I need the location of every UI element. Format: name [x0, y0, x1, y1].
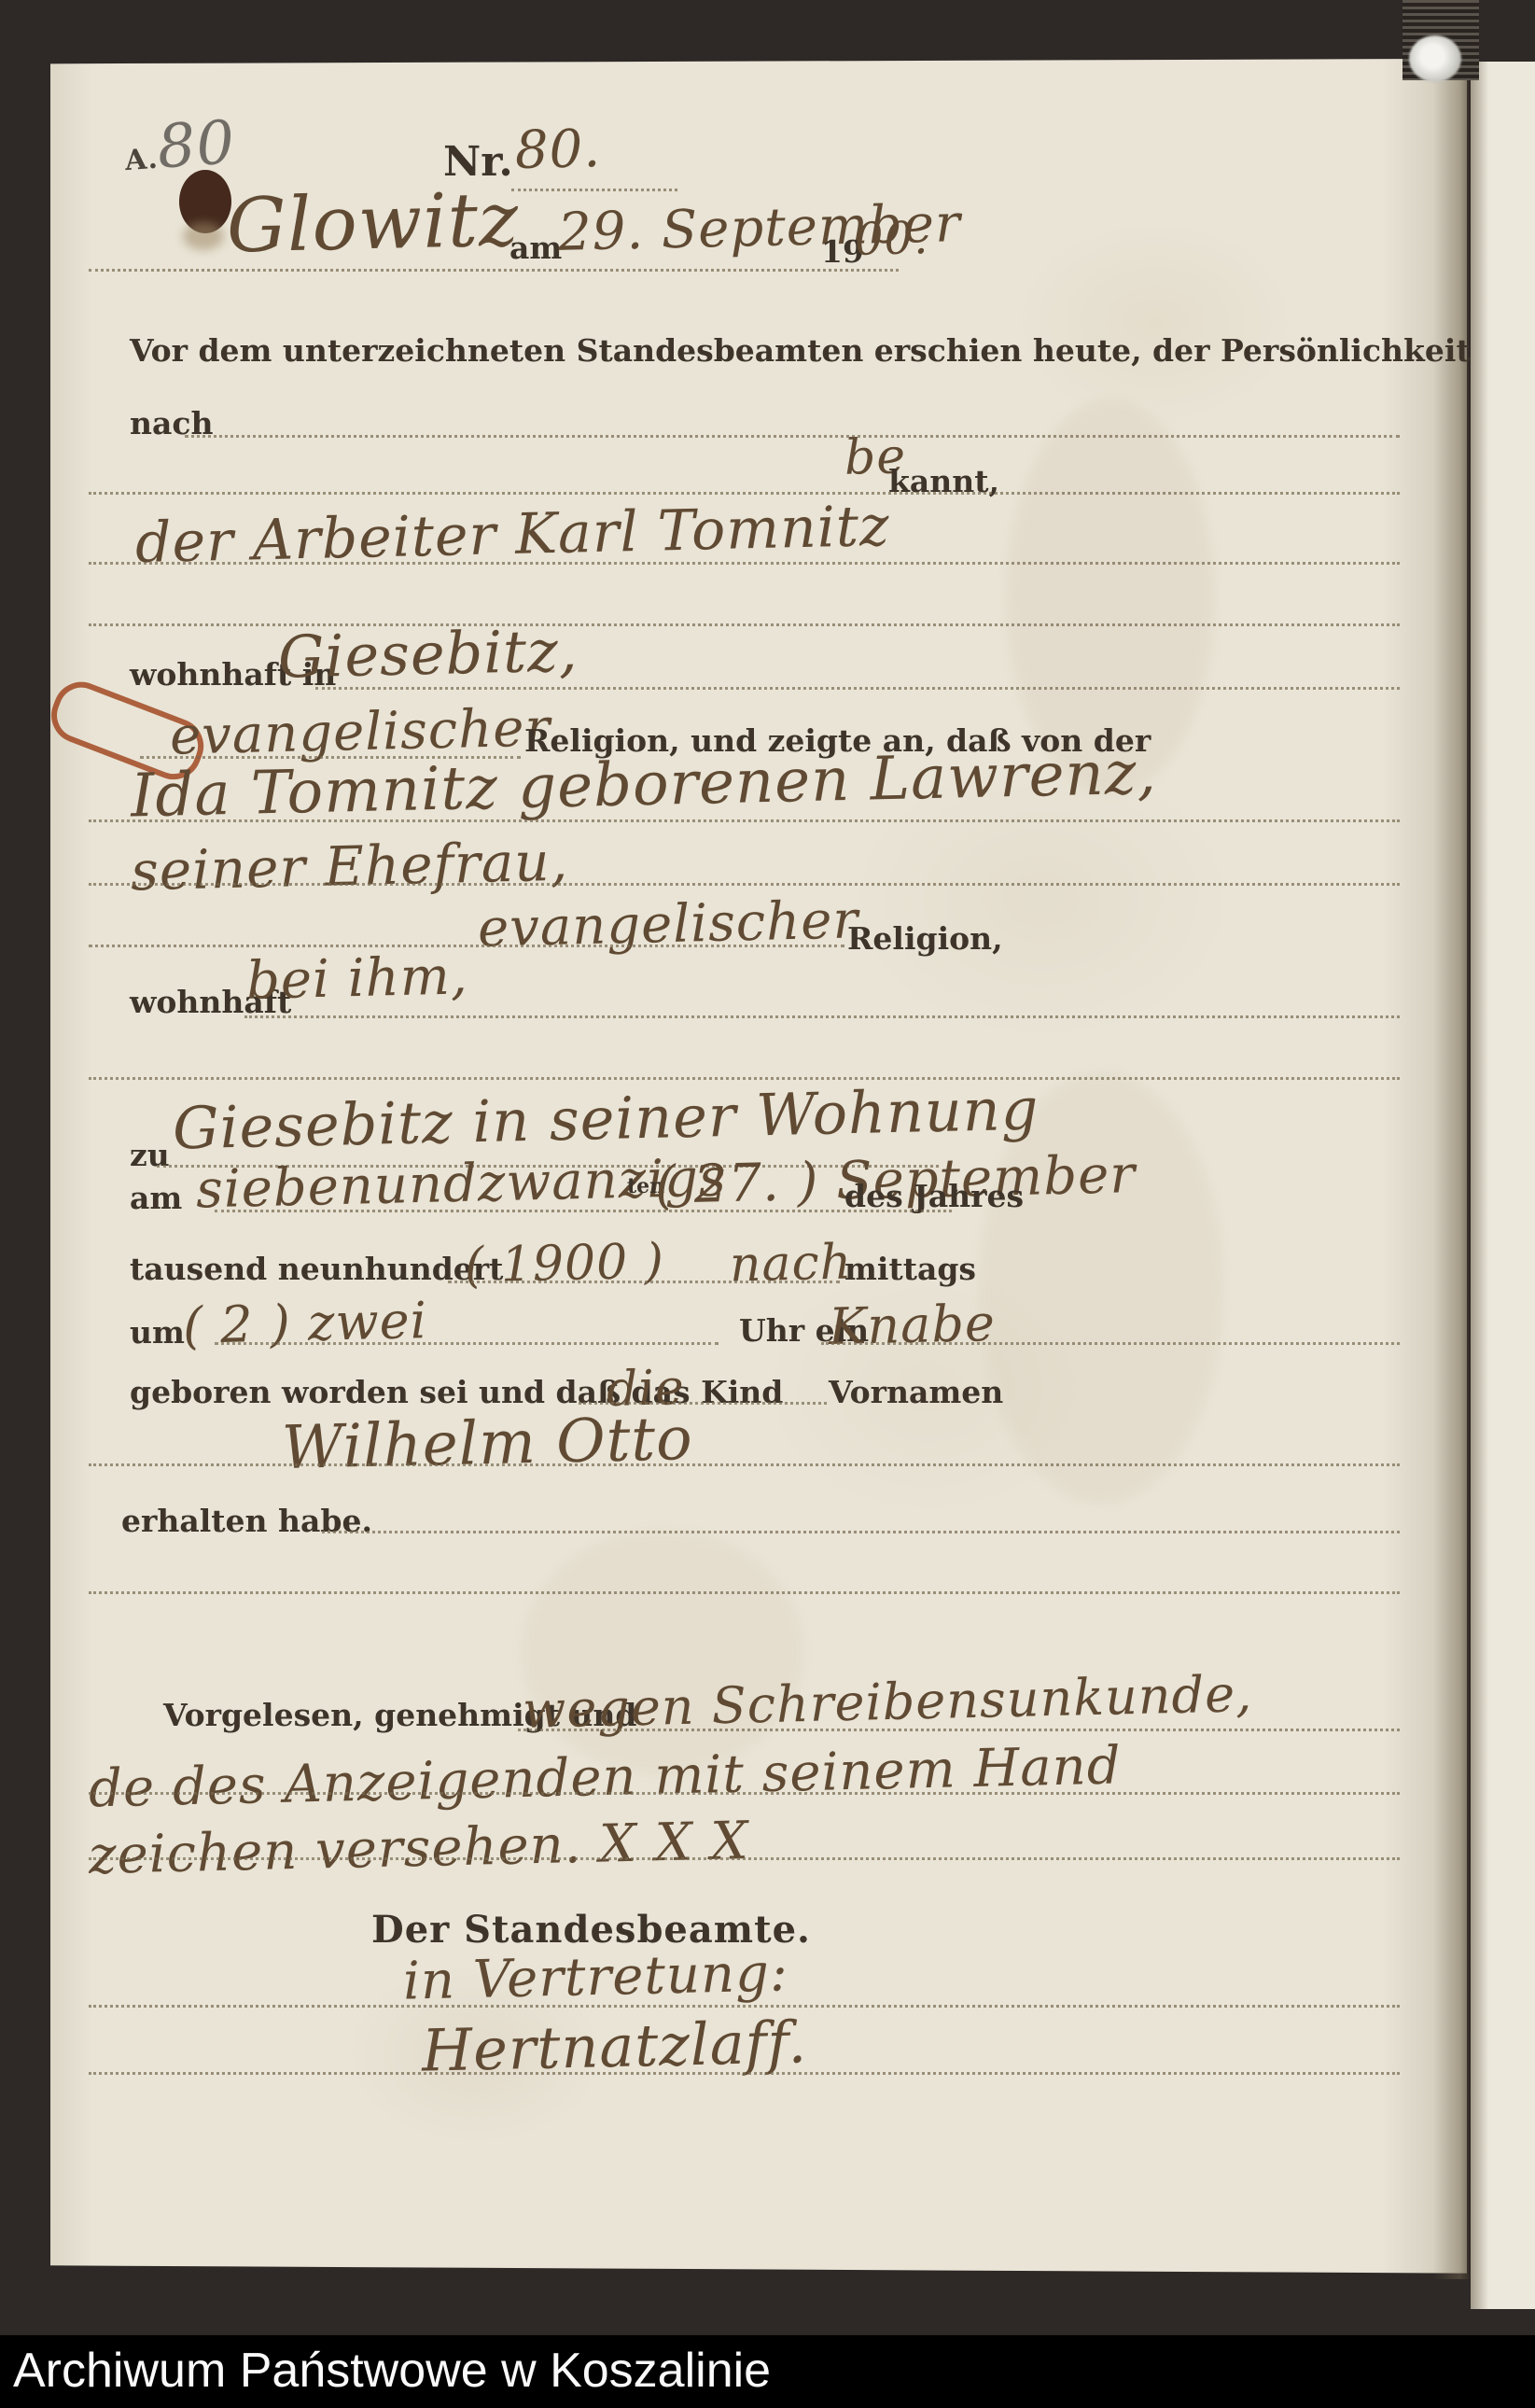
archive-name: Archiwum Państwowe w Koszalinie	[13, 2343, 771, 2399]
ink-smudge	[183, 222, 224, 250]
dotted-line	[185, 435, 1400, 438]
archive-scan: A.80 Nr. 80. Glowitz am 29. September 19…	[0, 0, 1535, 2408]
dotted-line	[89, 1077, 1400, 1080]
relation-line: seiner Ehefrau,	[130, 830, 568, 903]
dotted-line	[89, 1857, 1400, 1860]
born-tail: Vornamen	[829, 1374, 1003, 1410]
dotted-line	[244, 1015, 1400, 1018]
dotted-line	[89, 562, 1400, 565]
dotted-line	[89, 269, 899, 272]
intro-line: Vor dem unterzeichneten Standesbeamten e…	[130, 332, 1471, 369]
given-names: Wilhelm Otto	[281, 1405, 693, 1483]
dotted-line	[579, 1402, 827, 1405]
place-name: Glowitz	[226, 175, 520, 269]
residence-value: Giesebitz,	[277, 616, 579, 691]
received-label: erhalten habe.	[121, 1503, 372, 1539]
dotted-line	[511, 189, 677, 191]
dotted-line	[518, 1729, 1400, 1731]
page-fold-shadow	[1433, 58, 1469, 2279]
dotted-line	[89, 819, 1400, 822]
birth-place-label: zu	[130, 1137, 170, 1173]
religion2-written: evangelischer	[477, 889, 858, 959]
binding-screw-icon	[1409, 35, 1461, 82]
representation-line: in Vertretung:	[402, 1942, 788, 2011]
dotted-line	[89, 1463, 1400, 1466]
religion2-printed: Religion,	[847, 920, 1003, 957]
daytime-printed: mittags	[844, 1251, 976, 1287]
am-label: am	[509, 230, 562, 266]
hour-label: um	[130, 1314, 185, 1351]
dotted-line	[89, 2072, 1400, 2075]
residence2-value: bei ihm,	[245, 945, 468, 1011]
hour-written: ( 2 ) zwei	[182, 1291, 427, 1355]
marginal-number: A.80	[122, 108, 238, 185]
dotted-line	[89, 2005, 1400, 2008]
birth-day-label: am	[130, 1180, 182, 1216]
year-row-written: ( 1900 )	[464, 1234, 664, 1295]
dotted-line	[315, 687, 1400, 690]
year-written: 00.	[854, 212, 929, 266]
dotted-line	[215, 1342, 719, 1345]
dotted-line	[821, 1342, 1400, 1345]
child-sex: Knabe	[828, 1294, 996, 1356]
dotted-line	[215, 1210, 952, 1212]
dotted-line	[89, 883, 1400, 886]
dotted-line	[89, 1591, 1400, 1594]
dotted-line	[89, 1792, 1400, 1795]
dotted-line	[89, 492, 1400, 495]
next-page-edge	[1471, 62, 1535, 2309]
record-number-value: 80.	[514, 119, 602, 181]
dotted-line	[448, 1281, 840, 1283]
marginal-value: 80	[155, 108, 237, 183]
dotted-line	[322, 1531, 1400, 1533]
marginal-prefix: A.	[124, 143, 160, 177]
daytime-written: nach	[729, 1235, 852, 1294]
